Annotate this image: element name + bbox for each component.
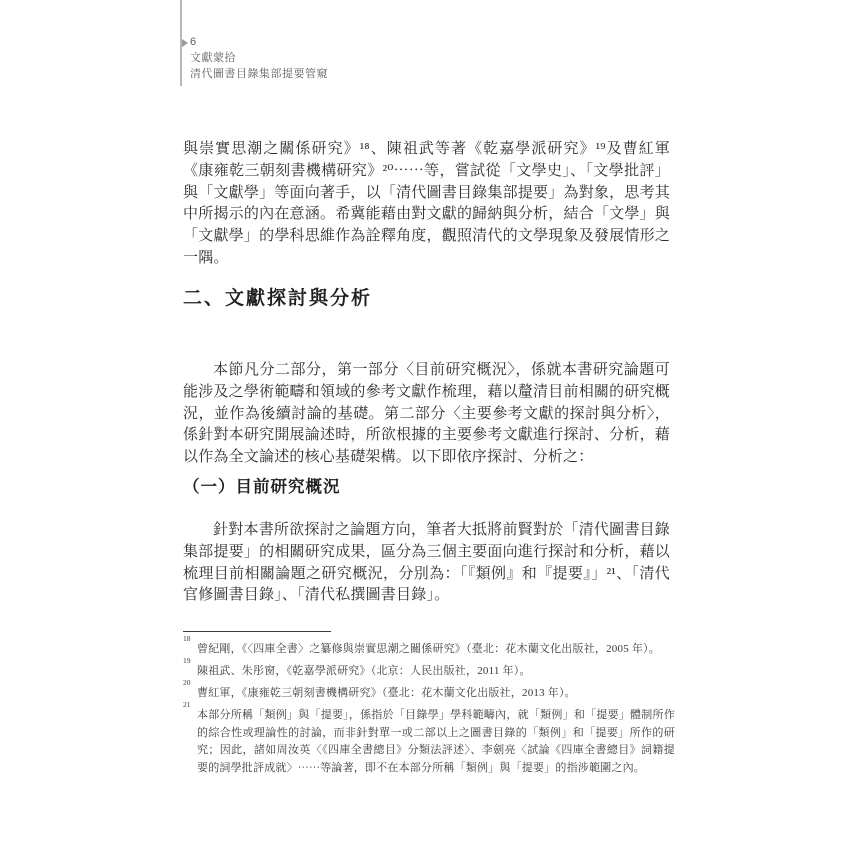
right-triangle-icon: [182, 39, 188, 47]
section-heading: 二、文獻探討與分析: [183, 283, 670, 310]
book-title: 文獻蒙拾: [190, 50, 490, 66]
footnote-18: 18 曾紀剛，《〈四庫全書〉之纂修與崇實思潮之關係研究》（臺北：花木蘭文化出版社…: [183, 641, 675, 659]
chapter-title: 清代圖書目錄集部提要管窺: [190, 66, 490, 82]
footnote-text: 本部分所稱「類例」與「提要」，係指於「目錄學」學科範疇內，就「類例」和「提要」體…: [197, 709, 675, 774]
subsection-heading: （一）目前研究概況: [183, 473, 670, 497]
footnote-text: 曹紅軍，《康雍乾三朝刻書機構研究》（臺北：花木蘭文化出版社，2013 年）。: [197, 687, 576, 699]
footnote-text: 曾紀剛，《〈四庫全書〉之纂修與崇實思潮之關係研究》（臺北：花木蘭文化出版社，20…: [197, 643, 660, 655]
footnote-text: 陳祖武、朱彤窗，《乾嘉學派研究》（北京：人民出版社，2011 年）。: [197, 665, 531, 677]
footnotes-block: 18 曾紀剛，《〈四庫全書〉之纂修與崇實思潮之關係研究》（臺北：花木蘭文化出版社…: [183, 631, 675, 782]
footnote-21: 21 本部分所稱「類例」與「提要」，係指於「目錄學」學科範疇內，就「類例」和「提…: [183, 707, 675, 777]
footnote-19: 19 陳祖武、朱彤窗，《乾嘉學派研究》（北京：人民出版社，2011 年）。: [183, 663, 675, 681]
footnote-divider: [183, 631, 331, 632]
footnote-20: 20 曹紅軍，《康雍乾三朝刻書機構研究》（臺北：花木蘭文化出版社，2013 年）…: [183, 685, 675, 703]
paragraph-section-intro: 本節凡分二部分，第一部分〈目前研究概況〉，係就本書研究論題可能涉及之學術範疇和領…: [183, 360, 670, 469]
book-page: 6 文獻蒙拾 清代圖書目錄集部提要管窺 與崇實思潮之關係研究》¹⁸、陳祖武等著《…: [0, 0, 850, 850]
page-number: 6: [190, 34, 490, 50]
running-head-text: 6 文獻蒙拾 清代圖書目錄集部提要管窺: [190, 34, 490, 82]
paragraph-continuation: 與崇實思潮之關係研究》¹⁸、陳祖武等著《乾嘉學派研究》¹⁹及曹紅軍《康雍乾三朝刻…: [183, 139, 670, 270]
paragraph-subsection-intro: 針對本書所欲探討之論題方向，筆者大抵將前賢對於「清代圖書目錄集部提要」的相關研究…: [183, 520, 670, 607]
